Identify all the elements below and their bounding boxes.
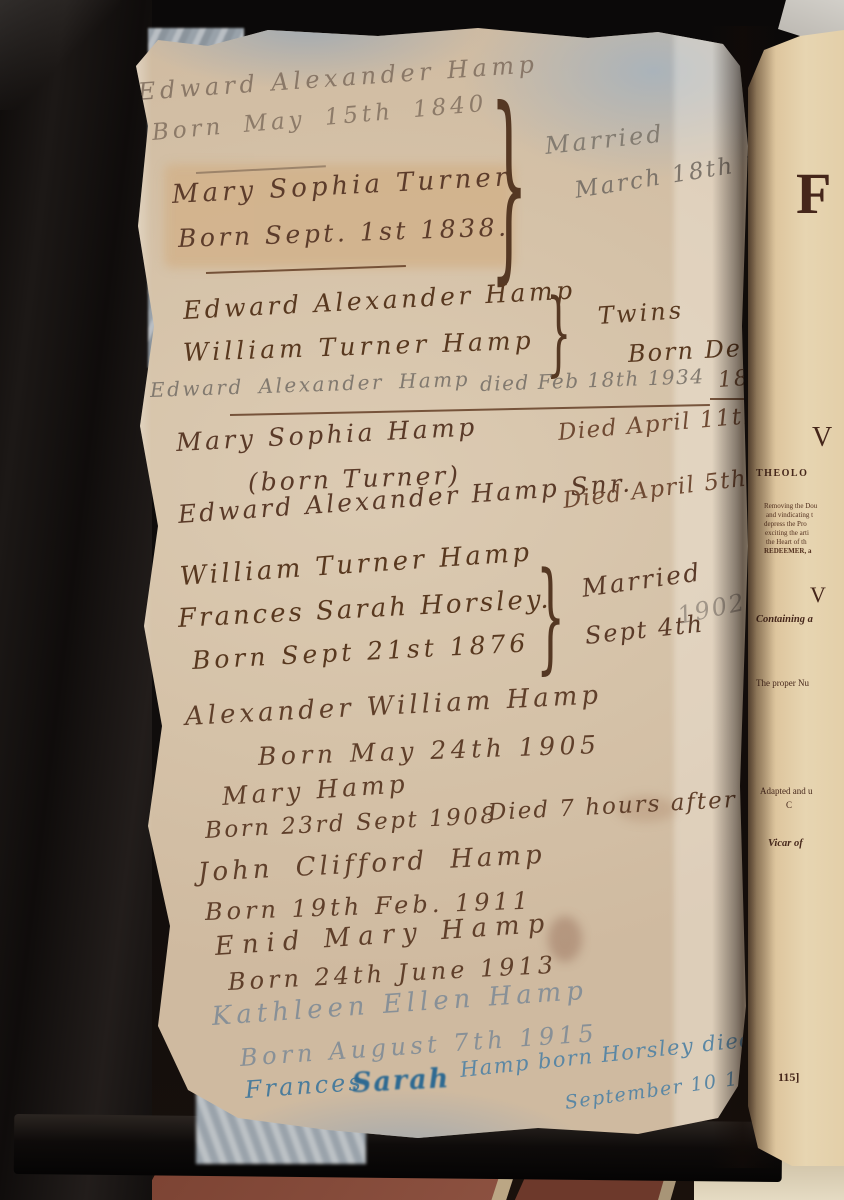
preface-line: the Heart of th bbox=[766, 538, 807, 546]
pencil-death-date: died Feb 18th 1934 bbox=[480, 364, 705, 396]
entry12-part1: Frances bbox=[244, 1068, 365, 1104]
printed-title-page: F V THEOLO Removing the Dou and vindicat… bbox=[748, 30, 844, 1166]
book-cover-board bbox=[0, 0, 152, 1200]
marriage1-word: Married bbox=[544, 120, 666, 160]
containing-fragment: Containing a bbox=[756, 614, 813, 625]
handwritten-register-sheet: Edward Alexander Hamp Born May 15th 1840… bbox=[118, 26, 748, 1160]
entry3-name2: William Turner Hamp bbox=[182, 326, 535, 367]
adapted-fragment: Adapted and u bbox=[760, 786, 812, 796]
twins-brace: } bbox=[546, 288, 571, 380]
twins-label: Twins bbox=[597, 296, 685, 330]
entry4-name: Mary Sophia Hamp bbox=[175, 412, 478, 457]
marriage-brace-1: } bbox=[490, 84, 528, 288]
adapted-fragment-2: C bbox=[786, 800, 792, 810]
vicar-fragment: Vicar of bbox=[768, 838, 803, 849]
preface-line: exciting the arti bbox=[765, 529, 809, 537]
entry6-birth: Born Sept 21st 1876 bbox=[191, 628, 530, 675]
entry9-name: John Clifford Hamp bbox=[197, 840, 546, 888]
entry3-name1: Edward Alexander Hamp bbox=[182, 275, 576, 325]
entry8-name: Mary Hamp bbox=[221, 769, 410, 811]
twins-year-fragment: 187 bbox=[717, 365, 748, 393]
book-cover-corner-highlight bbox=[0, 0, 120, 110]
entry12-overwrite: Sarah bbox=[351, 1063, 451, 1099]
preface-line: REDEEMER, a bbox=[764, 547, 811, 555]
page-number: 115] bbox=[778, 1070, 799, 1085]
marriage-brace-2: } bbox=[536, 556, 565, 676]
family-register-photo: Edward Alexander Hamp Born May 15th 1840… bbox=[0, 0, 844, 1200]
ink-underline bbox=[710, 398, 748, 400]
title-partial-letter: V bbox=[812, 422, 832, 454]
twins-born: Born Decr bbox=[627, 333, 748, 368]
entry7-name: Alexander William Hamp bbox=[184, 680, 603, 732]
entry6-name2: Frances Sarah Horsley. bbox=[177, 584, 552, 634]
proper-number-fragment: The proper Nu bbox=[756, 678, 809, 688]
entry6-name1: William Turner Hamp bbox=[179, 537, 533, 592]
pencil-death-name: Edward Alexander Hamp bbox=[150, 367, 471, 402]
title-drop-cap: F bbox=[796, 160, 831, 227]
title-partial-letter: V bbox=[810, 582, 826, 608]
entry7-birth: Born May 24th 1905 bbox=[257, 730, 600, 771]
preface-line: depress the Pro bbox=[764, 520, 807, 528]
theology-fragment: THEOLO bbox=[756, 468, 808, 479]
preface-line: Removing the Dou bbox=[764, 502, 817, 510]
preface-line: and vindicating t bbox=[766, 511, 813, 519]
